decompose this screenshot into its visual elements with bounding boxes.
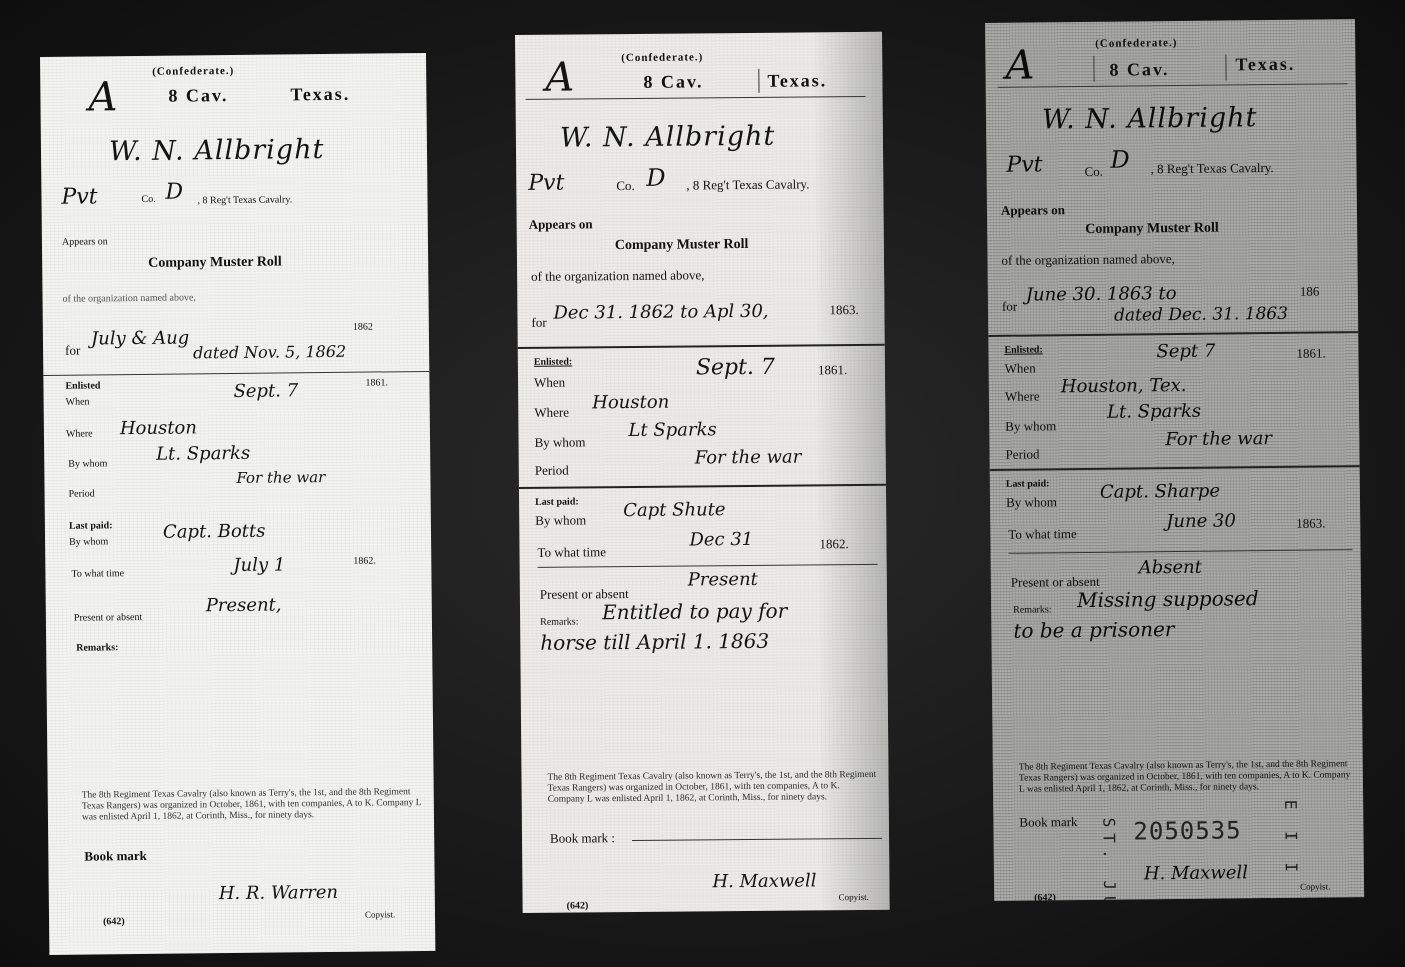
copyist-signature: H. Maxwell xyxy=(1144,862,1248,884)
last-paid-label: Last paid: xyxy=(535,496,579,507)
to-what-time-year: 1862. xyxy=(353,556,376,567)
remarks-label: Remarks: xyxy=(1013,604,1051,615)
enlisted-label: Enlisted xyxy=(65,380,100,391)
appears-on-label: Appears on xyxy=(529,216,593,233)
roll-type: Company Muster Roll xyxy=(615,237,749,254)
present-absent-label: Present or absent xyxy=(74,612,142,624)
where-value: Houston xyxy=(592,392,669,414)
for-value: July & Aug xyxy=(91,327,190,349)
when-year: 1861. xyxy=(365,377,388,388)
header-rule xyxy=(998,83,1348,88)
for-label: for xyxy=(531,315,546,331)
paid-by-value: Capt. Botts xyxy=(163,521,266,543)
muster-card-2: (Confederate.) A 8 Cav. Texas. W. N. All… xyxy=(515,32,890,913)
form-number: (642) xyxy=(103,916,125,927)
company-label: Co. xyxy=(616,178,635,194)
copyist-label: Copyist. xyxy=(365,909,395,919)
when-value: Sept. 7 xyxy=(233,380,298,402)
for-label: for xyxy=(1002,299,1017,315)
card-letter: A xyxy=(1005,42,1034,88)
to-what-time-label: To what time xyxy=(537,544,606,561)
to-what-time-label: To what time xyxy=(71,568,124,580)
paid-by-label: By whom xyxy=(1006,494,1057,511)
paid-by-value: Capt Shute xyxy=(623,499,726,521)
enlisted-label: Enlisted: xyxy=(1004,344,1042,355)
muster-card-3: (Confederate.) A 8 Cav. Texas. W. N. All… xyxy=(985,19,1364,901)
copyist-label: Copyist. xyxy=(1300,881,1330,891)
period-label: Period xyxy=(535,463,569,479)
header-divider xyxy=(758,69,759,93)
header-divider xyxy=(1093,56,1094,82)
paid-by-label: By whom xyxy=(69,536,108,547)
company-value: D xyxy=(165,180,183,205)
present-absent-value: Present, xyxy=(206,595,282,617)
unit-label: 8 Cav. xyxy=(168,85,228,107)
enlisted-by-label: By whom xyxy=(68,458,107,469)
enlisted-label: Enlisted: xyxy=(534,357,572,368)
unit-label: 8 Cav. xyxy=(643,71,703,93)
rank-value: Pvt xyxy=(61,184,97,209)
to-what-time-value: June 30 xyxy=(1166,510,1236,532)
divider xyxy=(43,371,429,376)
when-value: Sept 7 xyxy=(1156,341,1215,363)
soldier-name: W. N. Allbright xyxy=(109,134,325,167)
paid-by-label: By whom xyxy=(535,512,586,528)
vertical-stamp-left: ST. JUL xyxy=(1099,818,1119,901)
divider xyxy=(990,465,1360,471)
book-mark-label: Book mark xyxy=(84,848,147,865)
copyist-signature: H. R. Warren xyxy=(219,882,338,904)
for-label: for xyxy=(65,343,80,359)
when-label: When xyxy=(66,397,90,408)
when-value: Sept. 7 xyxy=(696,355,775,381)
last-paid-label: Last paid: xyxy=(69,520,113,531)
to-what-time-label: To what time xyxy=(1008,526,1077,543)
book-mark-label: Book mark : xyxy=(550,830,615,847)
state-label: Texas. xyxy=(767,70,827,92)
period-label: Period xyxy=(1005,446,1039,462)
period-value: For the war xyxy=(1165,428,1272,450)
enlisted-by-label: By whom xyxy=(1005,418,1056,435)
present-absent-value: Absent xyxy=(1139,557,1202,579)
where-label: Where xyxy=(66,428,93,439)
period-label: Period xyxy=(69,488,95,499)
appears-on-label: Appears on xyxy=(1001,202,1065,219)
confederate-label: (Confederate.) xyxy=(621,51,703,64)
confederate-label: (Confederate.) xyxy=(1095,37,1177,50)
organization-line: of the organization named above, xyxy=(1001,251,1175,269)
regiment-footnote: The 8th Regiment Texas Cavalry (also kno… xyxy=(82,787,422,824)
company-value: D xyxy=(646,164,665,192)
paid-by-value: Capt. Sharpe xyxy=(1100,481,1220,503)
regiment-footnote: The 8th Regiment Texas Cavalry (also kno… xyxy=(1019,759,1353,795)
where-value: Houston, Tex. xyxy=(1061,375,1187,397)
regiment-label: , 8 Reg't Texas Cavalry. xyxy=(686,176,809,193)
to-what-time-value: Dec 31 xyxy=(689,529,753,551)
roll-type: Company Muster Roll xyxy=(148,254,282,271)
form-number: (642) xyxy=(567,900,589,911)
header-divider xyxy=(1225,54,1226,80)
enlisted-by-value: Lt. Sparks xyxy=(1107,401,1201,423)
for-value: June 30. 1863 to xyxy=(1026,283,1177,306)
regiment-footnote: The 8th Regiment Texas Cavalry (also kno… xyxy=(547,770,877,806)
book-mark-label: Book mark xyxy=(1019,814,1077,831)
soldier-name: W. N. Allbright xyxy=(1042,102,1258,135)
when-year: 1861. xyxy=(818,362,847,378)
enlisted-by-value: Lt Sparks xyxy=(628,419,716,441)
enlisted-by-label: By whom xyxy=(534,434,585,450)
appears-on-label: Appears on xyxy=(62,236,108,247)
for-value-dated: dated Dec. 31. 1863 xyxy=(1114,304,1288,326)
company-label: Co. xyxy=(141,194,155,205)
rank-value: Pvt xyxy=(1006,152,1042,177)
to-what-time-value: July 1 xyxy=(233,554,285,576)
period-value: For the war xyxy=(236,468,325,487)
when-year: 1861. xyxy=(1296,345,1325,361)
unit-label: 8 Cav. xyxy=(1109,59,1169,81)
copyist-label: Copyist. xyxy=(838,892,868,902)
company-label: Co. xyxy=(1084,164,1103,180)
confederate-label: (Confederate.) xyxy=(152,65,234,78)
for-year: 1862 xyxy=(353,322,373,333)
remarks-value: Entitled to pay for xyxy=(602,599,787,625)
state-label: Texas. xyxy=(1235,54,1295,76)
when-label: When xyxy=(1005,360,1036,376)
when-label: When xyxy=(534,375,565,391)
rank-value: Pvt xyxy=(528,171,564,196)
copyist-signature: H. Maxwell xyxy=(712,870,816,892)
roll-type: Company Muster Roll xyxy=(1085,221,1219,238)
last-paid-label: Last paid: xyxy=(1006,478,1050,489)
for-value-dated: dated Nov. 5, 1862 xyxy=(193,342,346,363)
enlisted-by-value: Lt. Sparks xyxy=(156,443,250,465)
present-absent-value: Present xyxy=(688,569,758,591)
remarks-value-line2: horse till April 1. 1863 xyxy=(540,629,769,655)
divider xyxy=(988,331,1358,337)
soldier-name: W. N. Allbright xyxy=(560,121,776,154)
card-letter: A xyxy=(545,54,574,100)
where-value: Houston xyxy=(120,417,197,439)
company-value: D xyxy=(1110,145,1130,173)
where-label: Where xyxy=(1005,388,1040,404)
vertical-stamp-right: E I I xyxy=(1281,800,1301,878)
remarks-label: Remarks: xyxy=(76,642,118,653)
remarks-label: Remarks: xyxy=(540,616,578,627)
to-what-time-year: 1862. xyxy=(819,536,848,552)
regiment-label: , 8 Reg't Texas Cavalry. xyxy=(1150,160,1273,177)
to-what-time-year: 1863. xyxy=(1296,515,1325,531)
for-value: Dec 31. 1862 to Apl 30, xyxy=(553,301,768,324)
form-number: (642) xyxy=(1034,892,1056,901)
regiment-label: , 8 Reg't Texas Cavalry. xyxy=(197,194,292,206)
for-year: 186 xyxy=(1300,284,1320,300)
where-label: Where xyxy=(534,405,569,421)
muster-card-1: (Confederate.) A 8 Cav. Texas. W. N. All… xyxy=(40,53,435,955)
divider xyxy=(1009,549,1353,554)
period-value: For the war xyxy=(695,447,802,469)
for-year: 1863. xyxy=(829,302,858,318)
organization-line: of the organization named above, xyxy=(62,292,195,304)
state-label: Texas. xyxy=(290,84,350,106)
number-stamp: 2050535 xyxy=(1133,816,1241,845)
organization-line: of the organization named above, xyxy=(531,267,705,285)
remarks-value: Missing supposed xyxy=(1077,586,1259,612)
remarks-value-line2: to be a prisoner xyxy=(1013,617,1174,643)
card-letter: A xyxy=(88,74,117,120)
